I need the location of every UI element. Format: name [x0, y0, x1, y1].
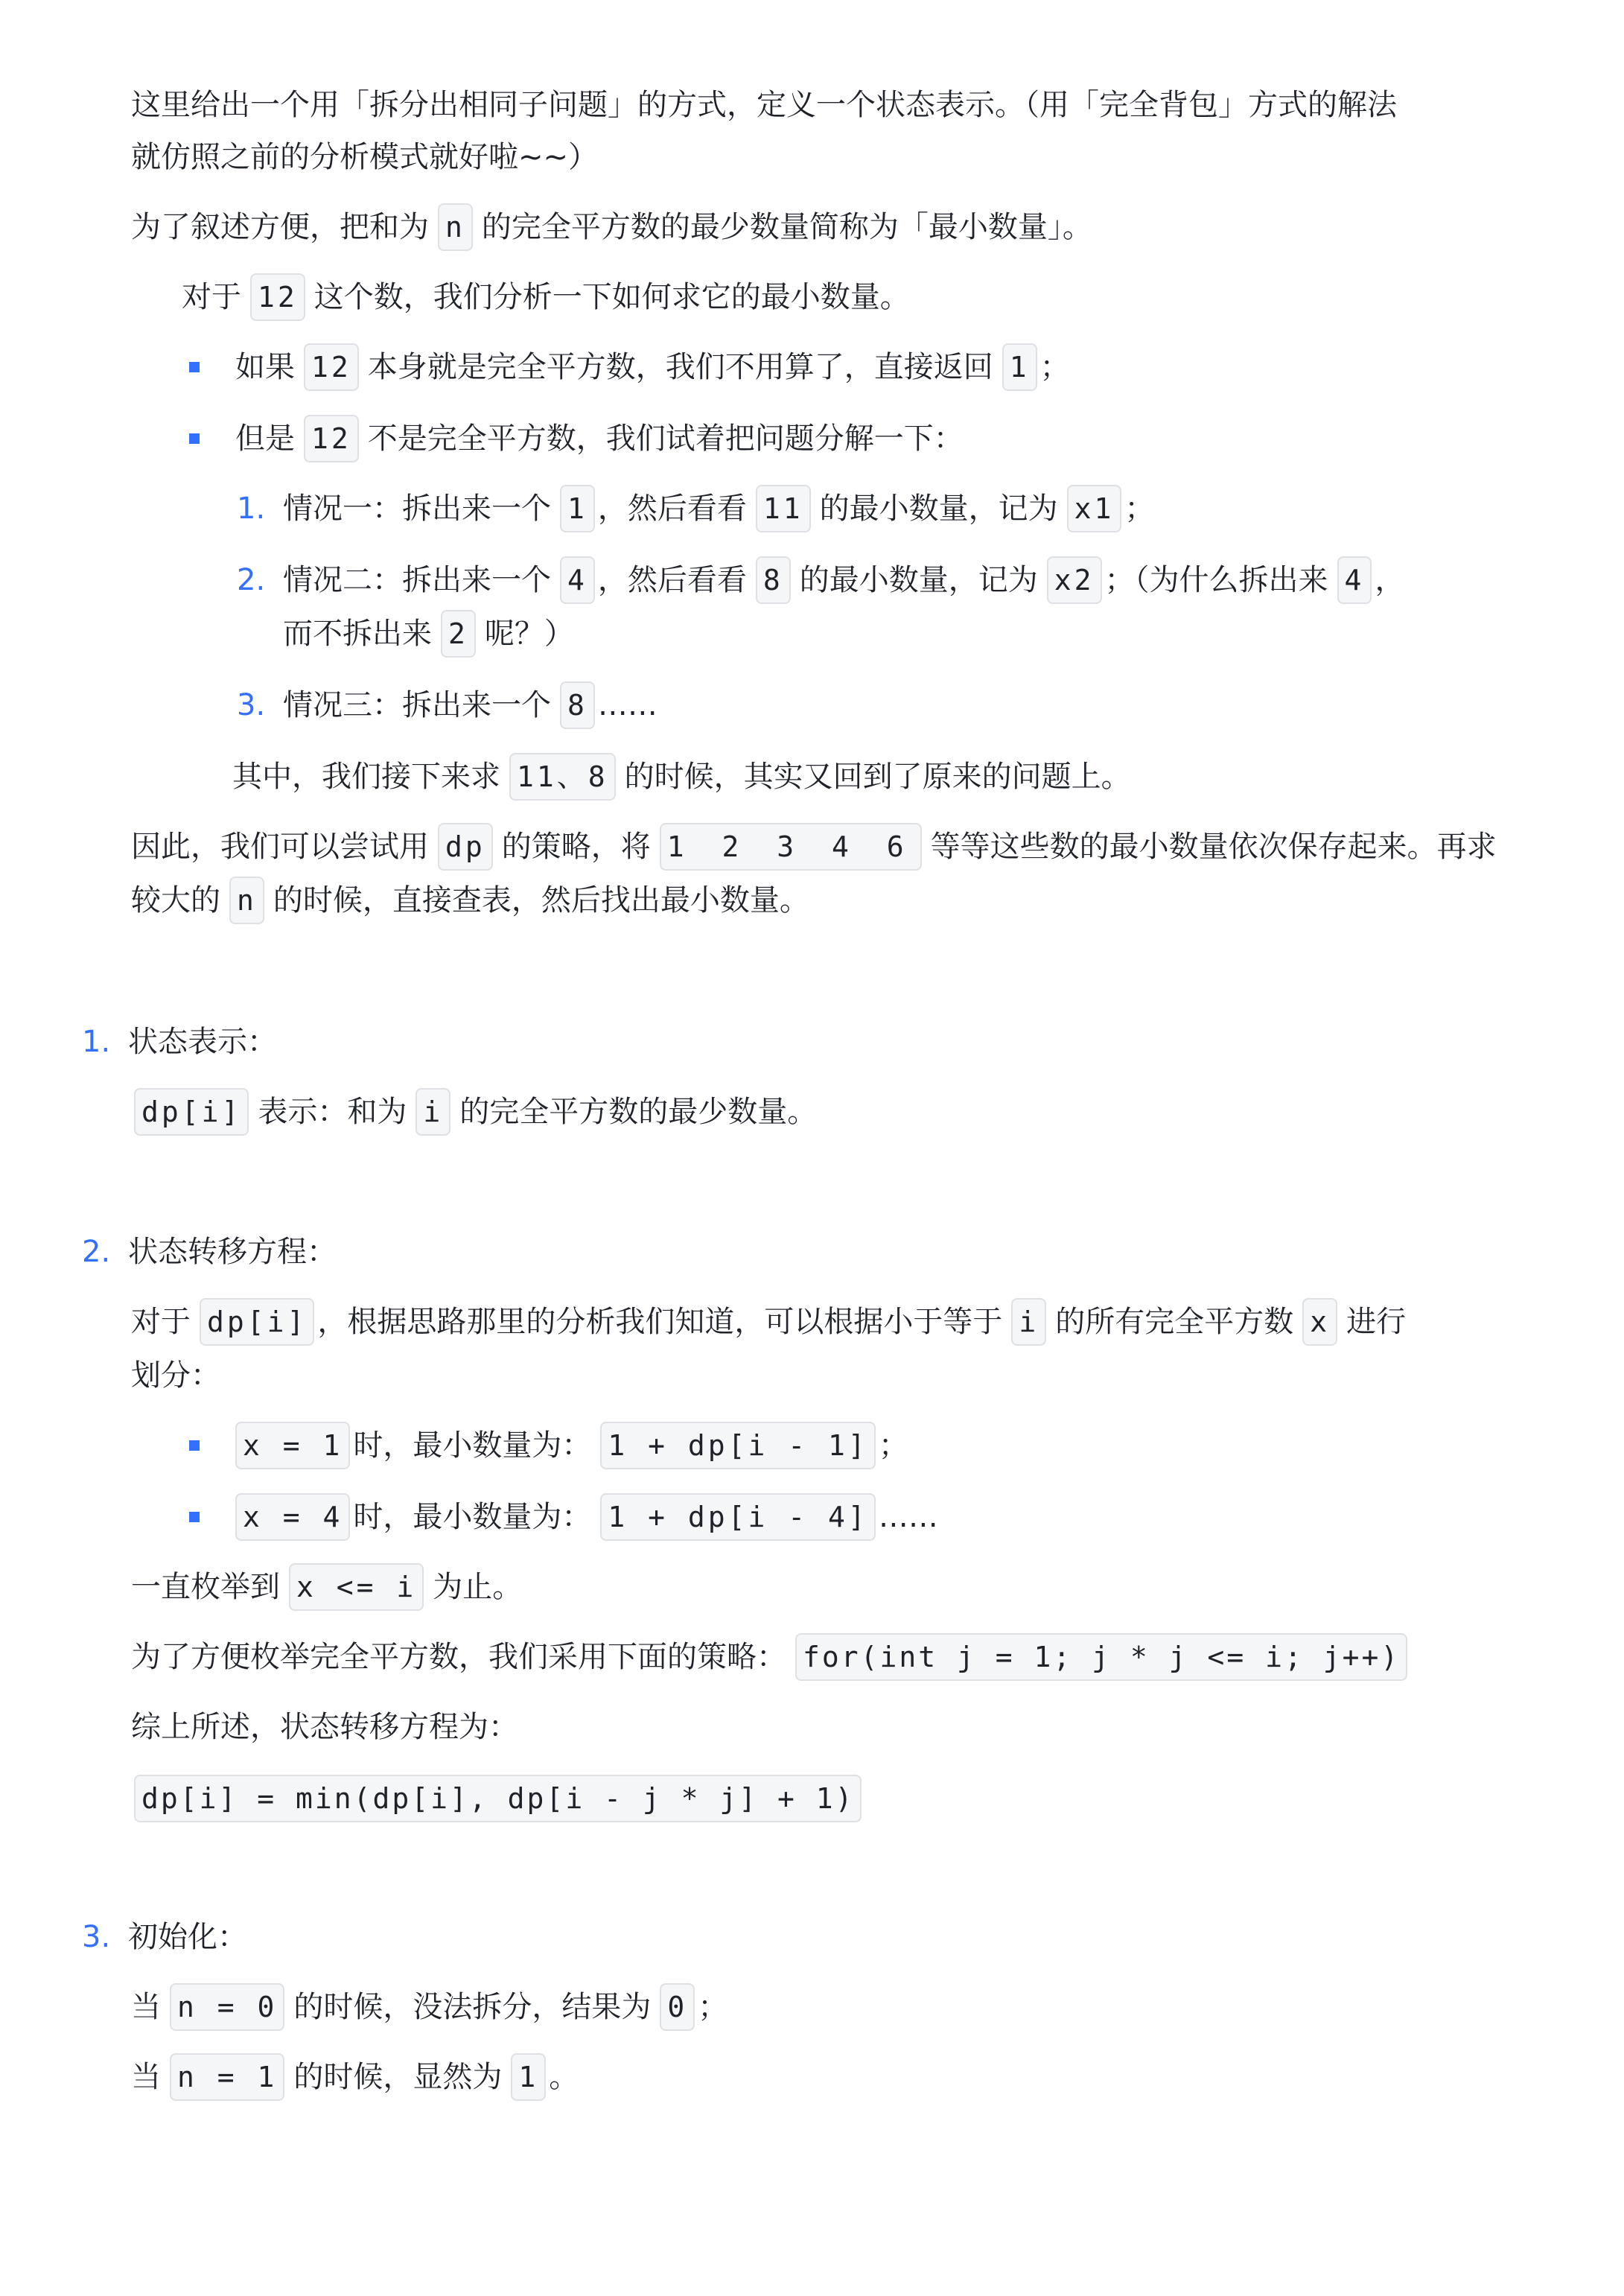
- text: 的最小数量，记为: [820, 483, 1058, 535]
- inline-code: dp: [438, 823, 493, 871]
- equation-code: dp[i] = min(dp[i], dp[i - j * j] + 1): [134, 1775, 862, 1822]
- step-1-body: dp[i] 表示：和为 i 的完全平方数的最少数量。: [128, 1086, 817, 1138]
- text: 的完全平方数的最少数量。: [459, 1086, 817, 1138]
- text: ……: [879, 1491, 938, 1543]
- text: 对于: [182, 271, 241, 323]
- text: 划分：: [131, 1349, 220, 1402]
- list-number: 3.: [82, 1911, 128, 1963]
- text: 为了方便枚举完全平方数，我们采用下面的策略：: [131, 1631, 786, 1683]
- inline-code: 1: [1002, 343, 1037, 391]
- inline-code: 8: [756, 556, 791, 604]
- text: ……: [598, 679, 657, 731]
- text: 因此，我们可以尝试用: [131, 821, 429, 873]
- inline-code: 2: [441, 610, 476, 658]
- text: 一直枚举到: [131, 1561, 280, 1613]
- text: 的策略，将: [502, 821, 651, 873]
- text: 的时候，其实又回到了原来的问题上。: [625, 751, 1131, 803]
- text: 本身就是完全平方数，我们不用算了，直接返回: [368, 341, 993, 393]
- inline-code: for(int j = 1; j * j <= i; j++): [795, 1633, 1407, 1681]
- bullet-item: 但是 12 不是完全平方数，我们试着把问题分解一下：: [189, 413, 964, 465]
- case-item-2-continued: 而不拆出来 2 呢？）: [283, 608, 574, 660]
- inline-code: n = 0: [170, 1983, 284, 2031]
- case-item-1: 1. 情况一：拆出来一个 1 ，然后看看 11 的最小数量，记为 x1 ；: [237, 483, 1154, 535]
- text: 情况二：拆出来一个: [283, 554, 551, 606]
- inline-code: x = 1: [235, 1422, 350, 1469]
- inline-code: 11、8: [509, 753, 616, 801]
- text: 时，最小数量为：: [353, 1491, 591, 1543]
- text: ；: [879, 1419, 908, 1472]
- inline-code: 12: [250, 273, 305, 321]
- inline-code: 1 + dp[i - 4]: [600, 1493, 875, 1541]
- bullet-item: x = 4 时，最小数量为： 1 + dp[i - 4] ……: [189, 1491, 938, 1543]
- inline-code: dp[i]: [134, 1088, 249, 1136]
- inline-code: x = 4: [235, 1493, 350, 1541]
- inline-code: 1: [560, 485, 595, 532]
- step-2-paragraph-line1: 对于 dp[i] ，根据思路那里的分析我们知道，可以根据小于等于 i 的所有完全…: [131, 1296, 1406, 1348]
- list-number: 2.: [237, 554, 283, 606]
- bullet-item: 如果 12 本身就是完全平方数，我们不用算了，直接返回 1 ；: [189, 341, 1070, 393]
- init-line-1: 当 n = 0 的时候，没法拆分，结果为 0 ；: [131, 1981, 727, 2033]
- text: 而不拆出来: [283, 608, 432, 660]
- inline-code: n: [438, 203, 473, 251]
- text: 时，最小数量为：: [353, 1419, 591, 1472]
- text: 其中，我们接下来求: [232, 751, 500, 803]
- text: 情况一：拆出来一个: [283, 483, 551, 535]
- inline-code: x: [1302, 1298, 1337, 1346]
- text: 这个数，我们分析一下如何求它的最小数量。: [314, 271, 910, 323]
- loop-paragraph: 为了方便枚举完全平方数，我们采用下面的策略： for(int j = 1; j …: [131, 1631, 1416, 1683]
- inline-code: 4: [1337, 556, 1372, 604]
- text: 的时候，直接查表，然后找出最小数量。: [273, 874, 809, 926]
- step-3-heading: 3. 初始化：: [82, 1911, 247, 1963]
- text: ，然后看看: [598, 554, 747, 606]
- inline-code: dp[i]: [200, 1298, 314, 1346]
- text: 的完全平方数的最少数量简称为「最小数量」。: [482, 201, 1092, 253]
- inline-code: 12: [304, 415, 359, 462]
- text: 如果: [235, 341, 295, 393]
- enumerate-paragraph: 一直枚举到 x <= i 为止。: [131, 1561, 522, 1613]
- text: 的时候，显然为: [293, 2051, 502, 2103]
- definition-paragraph: 为了叙述方便，把和为 n 的完全平方数的最少数量简称为「最小数量」。: [131, 201, 1092, 253]
- text: 的最小数量，记为: [800, 554, 1038, 606]
- text: 为止。: [433, 1561, 522, 1613]
- text: 当: [131, 2051, 161, 2103]
- init-line-2: 当 n = 1 的时候，显然为 1 。: [131, 2051, 579, 2103]
- text: 较大的: [131, 874, 220, 926]
- text: ；: [1040, 341, 1070, 393]
- inline-code: i: [1011, 1298, 1046, 1346]
- intro-text: 就仿照之前的分析模式就好啦~~）: [131, 131, 598, 183]
- text: 进行: [1346, 1296, 1406, 1348]
- summary-paragraph: 综上所述，状态转移方程为：: [131, 1701, 518, 1753]
- inline-code: x1: [1067, 485, 1122, 532]
- text: ；: [1124, 483, 1154, 535]
- step-title: 状态表示：: [128, 1016, 277, 1068]
- inline-code: n: [229, 877, 264, 924]
- case-item-2: 2. 情况二：拆出来一个 4 ，然后看看 8 的最小数量，记为 x2 ；（为什么…: [237, 554, 1404, 606]
- text: 当: [131, 1981, 161, 2033]
- inline-code: 1 2 3 4 6: [660, 823, 922, 871]
- inline-code: i: [415, 1088, 450, 1136]
- text: 但是: [235, 413, 295, 465]
- step-title: 初始化：: [128, 1911, 247, 1963]
- text: ；（为什么拆出来: [1105, 554, 1328, 606]
- step-title: 状态转移方程：: [128, 1226, 337, 1278]
- among-paragraph: 其中，我们接下来求 11、8 的时候，其实又回到了原来的问题上。: [232, 751, 1131, 803]
- text: 呢？）: [485, 608, 574, 660]
- case-item-3: 3. 情况三：拆出来一个 8 ……: [237, 679, 657, 731]
- list-number: 1.: [237, 483, 283, 535]
- therefore-paragraph-line2: 较大的 n 的时候，直接查表，然后找出最小数量。: [131, 874, 809, 926]
- step-2-paragraph-line2: 划分：: [131, 1349, 220, 1402]
- bullet-square-icon: [189, 1440, 200, 1451]
- inline-code: 11: [756, 485, 811, 532]
- list-number: 1.: [82, 1016, 128, 1068]
- text: 综上所述，状态转移方程为：: [131, 1701, 518, 1753]
- text: ，然后看看: [598, 483, 747, 535]
- inline-code: 12: [304, 343, 359, 391]
- text: ，根据思路那里的分析我们知道，可以根据小于等于: [317, 1296, 1002, 1348]
- inline-code: 1 + dp[i - 1]: [600, 1422, 875, 1469]
- intro-text: 这里给出一个用「拆分出相同子问题」的方式，定义一个状态表示。（用「完全背包」方式…: [131, 79, 1397, 131]
- text: 不是完全平方数，我们试着把问题分解一下：: [368, 413, 964, 465]
- analysis-question: 对于 12 这个数，我们分析一下如何求它的最小数量。: [182, 271, 910, 323]
- inline-code: 8: [560, 681, 595, 729]
- step-2-heading: 2. 状态转移方程：: [82, 1226, 337, 1278]
- text: 的所有完全平方数: [1055, 1296, 1293, 1348]
- intro-paragraph-line2: 就仿照之前的分析模式就好啦~~）: [131, 131, 598, 183]
- inline-code: x2: [1047, 556, 1102, 604]
- therefore-paragraph-line1: 因此，我们可以尝试用 dp 的策略，将 1 2 3 4 6 等等这些数的最小数量…: [131, 821, 1497, 873]
- inline-code: x <= i: [289, 1563, 424, 1611]
- text: 为了叙述方便，把和为: [131, 201, 429, 253]
- inline-code: 4: [560, 556, 595, 604]
- inline-code: 0: [660, 1983, 695, 2031]
- text: 的时候，没法拆分，结果为: [293, 1981, 651, 2033]
- text: 等等这些数的最小数量依次保存起来。再求: [931, 821, 1497, 873]
- bullet-square-icon: [189, 433, 200, 444]
- equation-paragraph: dp[i] = min(dp[i], dp[i - j * j] + 1): [128, 1772, 870, 1825]
- bullet-square-icon: [189, 1512, 200, 1522]
- intro-paragraph-line1: 这里给出一个用「拆分出相同子问题」的方式，定义一个状态表示。（用「完全背包」方式…: [131, 79, 1397, 131]
- text: ，: [1375, 554, 1404, 606]
- list-number: 3.: [237, 679, 283, 731]
- text: ；: [698, 1981, 727, 2033]
- bullet-square-icon: [189, 362, 200, 372]
- inline-code: 1: [511, 2053, 546, 2101]
- inline-code: n = 1: [170, 2053, 284, 2101]
- text: 。: [549, 2051, 579, 2103]
- bullet-item: x = 1 时，最小数量为： 1 + dp[i - 1] ；: [189, 1419, 908, 1472]
- text: 情况三：拆出来一个: [283, 679, 551, 731]
- text: 对于: [131, 1296, 191, 1348]
- text: 表示：和为: [258, 1086, 407, 1138]
- list-number: 2.: [82, 1226, 128, 1278]
- step-1-heading: 1. 状态表示：: [82, 1016, 277, 1068]
